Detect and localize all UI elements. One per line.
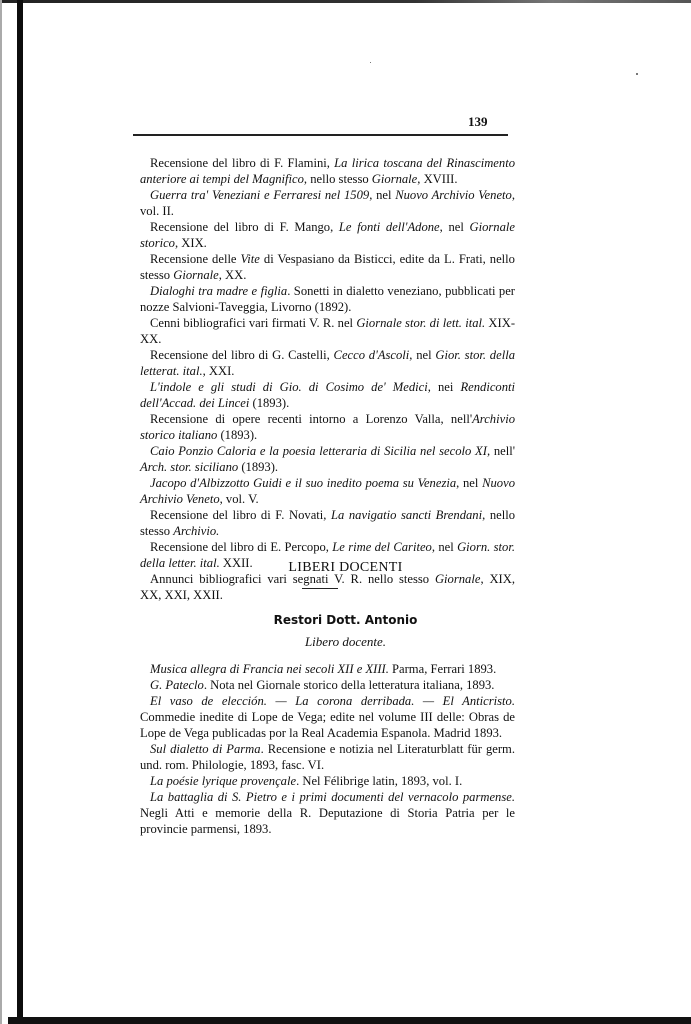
entry-text: , nello stesso bbox=[304, 172, 372, 186]
entry-text: (1893). bbox=[238, 460, 278, 474]
entry-text: Recensione del libro di F. Mango, bbox=[150, 220, 339, 234]
entry-title-italic: La navigatio sancti Brendani bbox=[331, 508, 482, 522]
header-rule bbox=[133, 134, 508, 136]
bibliography-entry: Recensione di opere recenti intorno a Lo… bbox=[140, 411, 515, 443]
scan-binding-shadow bbox=[17, 0, 23, 1020]
entry-text: , nel bbox=[440, 220, 470, 234]
bibliography-entry: G. Pateclo. Nota nel Giornale storico de… bbox=[140, 677, 515, 693]
bibliography-entry: Sul dialetto di Parma. Recensione e noti… bbox=[140, 741, 515, 773]
entry-text: Recensione del libro di G. Castelli, bbox=[150, 348, 334, 362]
person-role: Libero docente. bbox=[0, 634, 691, 650]
bibliography-entry: Jacopo d'Albizzotto Guidi e il suo inedi… bbox=[140, 475, 515, 507]
bibliography-entry: Recensione del libro di F. Novati, La na… bbox=[140, 507, 515, 539]
bibliography-entry: L'indole e gli studi di Gio. di Cosimo d… bbox=[140, 379, 515, 411]
entry-title-italic: Giornale stor. di lett. ital. bbox=[356, 316, 485, 330]
entry-title-italic: Sul dialetto di Parma bbox=[150, 742, 261, 756]
bibliography-entry: Cenni bibliografici vari firmati V. R. n… bbox=[140, 315, 515, 347]
entry-title-italic: Musica allegra di Francia nei secoli XII… bbox=[150, 662, 389, 676]
page-number: 139 bbox=[468, 114, 488, 130]
entry-text: , nel bbox=[432, 540, 457, 554]
entry-text: , XVIII. bbox=[417, 172, 457, 186]
scan-bottom-border bbox=[8, 1017, 691, 1024]
entry-title-italic: Guerra tra' Veneziani e Ferraresi nel 15… bbox=[150, 188, 369, 202]
entry-text: , nel bbox=[369, 188, 395, 202]
bibliography-entry: Caio Ponzio Caloria e la poesia letterar… bbox=[140, 443, 515, 475]
entry-text: (1893). bbox=[249, 396, 289, 410]
entry-title-italic: G. Pateclo bbox=[150, 678, 204, 692]
entry-title-italic: Nuovo Archivio Veneto bbox=[395, 188, 512, 202]
scan-top-border bbox=[0, 0, 691, 3]
entry-title-italic: La battaglia di S. Pietro e i primi docu… bbox=[150, 790, 515, 804]
person-name: Restori Dott. Antonio bbox=[0, 613, 691, 627]
entry-title-italic: Le rime del Cariteo bbox=[332, 540, 432, 554]
entry-title-italic: Giornale bbox=[173, 268, 218, 282]
entry-title-italic: Cecco d'Ascoli bbox=[334, 348, 410, 362]
bibliography-list-top: Recensione del libro di F. Flamini, La l… bbox=[140, 155, 515, 603]
scan-speck bbox=[636, 73, 638, 75]
bibliography-entry: Recensione del libro di G. Castelli, Cec… bbox=[140, 347, 515, 379]
entry-title-italic: Caio Ponzio Caloria e la poesia letterar… bbox=[150, 444, 490, 458]
entry-text: . Nota nel Giornale storico della letter… bbox=[204, 678, 495, 692]
scan-speck bbox=[370, 62, 371, 63]
entry-text: . Nel Félibrige latin, 1893, vol. I. bbox=[296, 774, 462, 788]
entry-text: Cenni bibliografici vari firmati V. R. n… bbox=[150, 316, 356, 330]
entry-text: , nel bbox=[456, 476, 482, 490]
entry-text: , vol. V. bbox=[220, 492, 259, 506]
entry-title-italic: Arch. stor. siciliano bbox=[140, 460, 238, 474]
bibliography-entry: La poésie lyrique provençale. Nel Félibr… bbox=[140, 773, 515, 789]
bibliography-entry: Recensione del libro di F. Flamini, La l… bbox=[140, 155, 515, 187]
bibliography-entry: Musica allegra di Francia nei secoli XII… bbox=[140, 661, 515, 677]
entry-text: nell' bbox=[490, 444, 515, 458]
entry-title-italic: Le fonti dell'Adone bbox=[339, 220, 440, 234]
entry-text: , nel bbox=[409, 348, 435, 362]
bibliography-entry: Recensione delle Vite di Vespasiano da B… bbox=[140, 251, 515, 283]
entry-title-italic: Archivio. bbox=[173, 524, 219, 538]
entry-title-italic: Dialoghi tra madre e figlia bbox=[150, 284, 287, 298]
entry-title-italic: Jacopo d'Albizzotto Guidi e il suo inedi… bbox=[150, 476, 456, 490]
bibliography-list-bottom: Musica allegra di Francia nei secoli XII… bbox=[140, 661, 515, 837]
entry-text: , XXI. bbox=[203, 364, 235, 378]
entry-text: Recensione del libro di F. Novati, bbox=[150, 508, 331, 522]
scan-left-edge bbox=[0, 0, 2, 1024]
entry-text: Recensione delle bbox=[150, 252, 241, 266]
entry-title-italic: Giornale bbox=[372, 172, 417, 186]
bibliography-entry: Recensione del libro di F. Mango, Le fon… bbox=[140, 219, 515, 251]
section-divider bbox=[302, 588, 338, 589]
entry-text: , XIX. bbox=[175, 236, 207, 250]
entry-title-italic: Vite bbox=[241, 252, 260, 266]
entry-text: Recensione del libro di F. Flamini, bbox=[150, 156, 334, 170]
entry-text: , XX. bbox=[219, 268, 247, 282]
entry-text: Negli Atti e memorie della R. Deputazion… bbox=[140, 806, 515, 836]
entry-text: Parma, Ferrari 1893. bbox=[389, 662, 496, 676]
entry-text: Recensione del libro di E. Percopo, bbox=[150, 540, 332, 554]
bibliography-entry: El vaso de elección. — La corona derriba… bbox=[140, 693, 515, 741]
bibliography-entry: Dialoghi tra madre e figlia. Sonetti in … bbox=[140, 283, 515, 315]
bibliography-entry: La battaglia di S. Pietro e i primi docu… bbox=[140, 789, 515, 837]
entry-title-italic: L'indole e gli studi di Gio. di Cosimo d… bbox=[150, 380, 431, 394]
bibliography-entry: Guerra tra' Veneziani e Ferraresi nel 15… bbox=[140, 187, 515, 219]
entry-text: (1893). bbox=[217, 428, 257, 442]
entry-text: Commedie inedite di Lope de Vega; edite … bbox=[140, 710, 515, 740]
section-title: LIBERI DOCENTI bbox=[0, 560, 691, 576]
entry-text: Recensione di opere recenti intorno a Lo… bbox=[150, 412, 472, 426]
entry-title-italic: El vaso de elección. — La corona derriba… bbox=[150, 694, 515, 708]
entry-text: nei bbox=[431, 380, 461, 394]
entry-title-italic: La poésie lyrique provençale bbox=[150, 774, 296, 788]
